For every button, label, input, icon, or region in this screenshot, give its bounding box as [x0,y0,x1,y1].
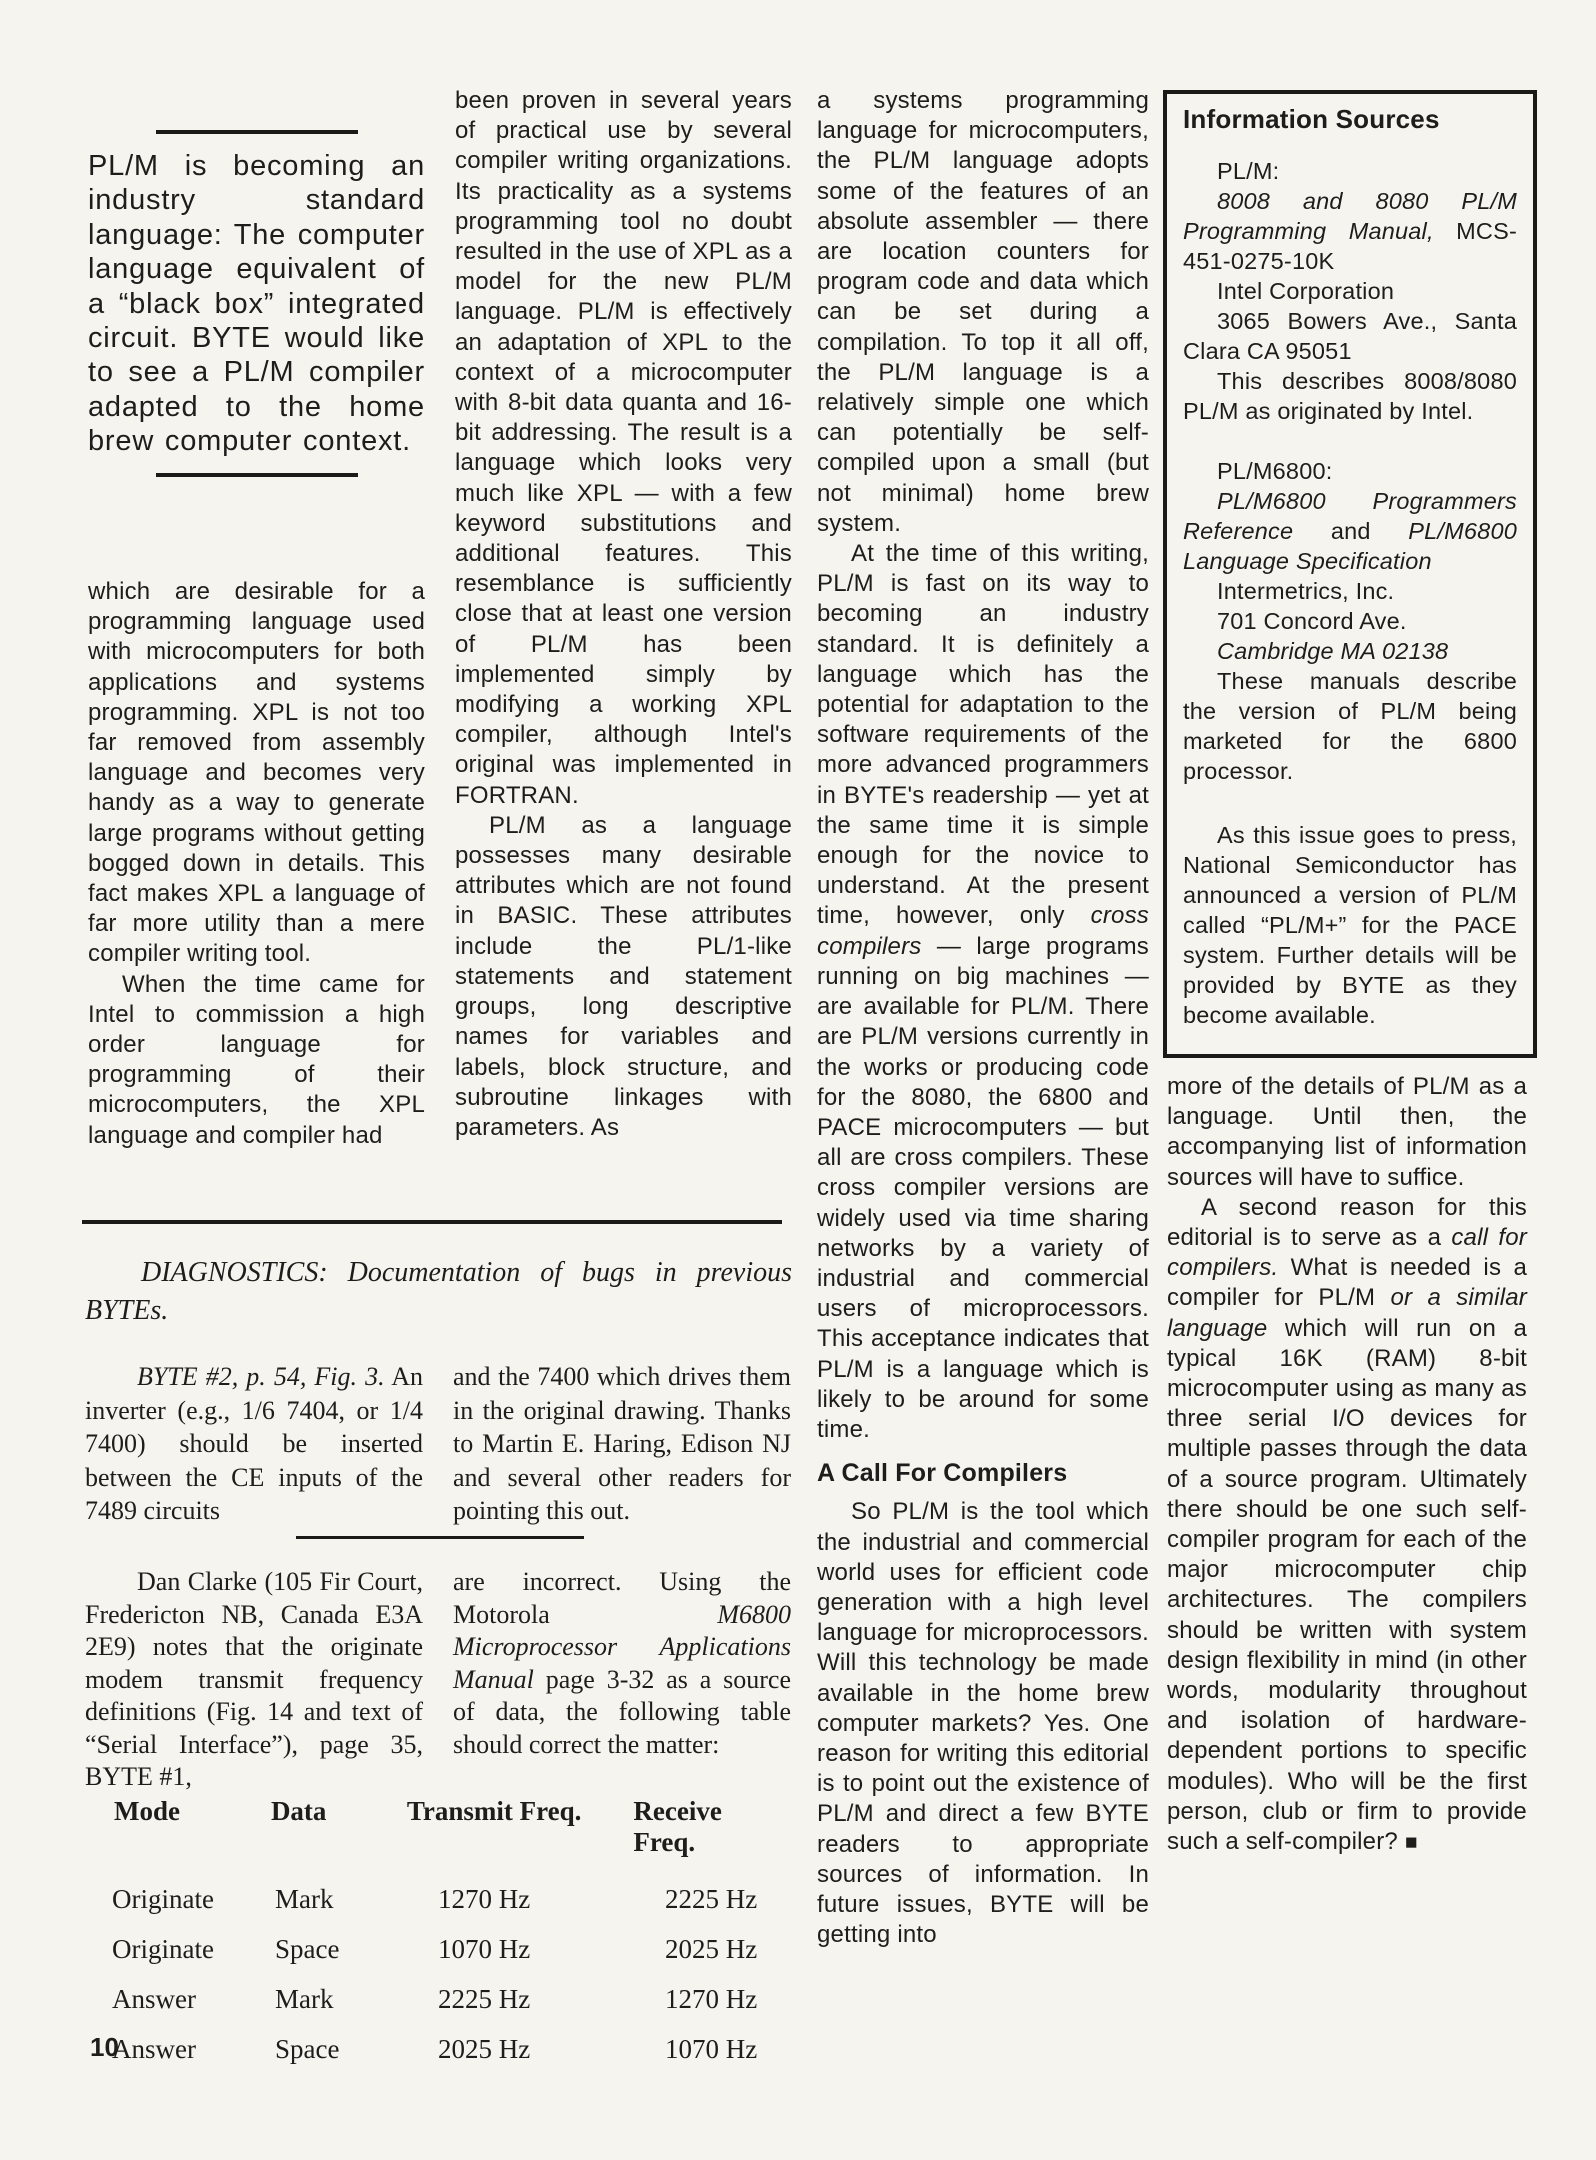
call-for-compilers-heading: A Call For Compilers [817,1458,1149,1488]
body-paragraph: which are desirable for a programming la… [88,577,425,970]
table-cell: Originate [88,1934,251,1965]
table-cell: Space [251,2034,411,2065]
table-row: Originate Space 1070 Hz 2025 Hz [88,1934,788,1965]
body-paragraph: When the time came for Intel to commissi… [88,970,425,1151]
paragraph-text: At the time of this writing, PL/M is fas… [817,540,1149,929]
info-note: This describes 8008/8080 PL/M as origina… [1183,366,1517,426]
subsection-divider-rule [296,1536,584,1539]
address-line: Cambridge MA 02138 [1183,636,1517,666]
info-box-title: Information Sources [1183,104,1517,134]
errata-paragraph: Dan Clarke (105 Fir Court, Fredericton N… [85,1566,423,1794]
table-row: Originate Mark 1270 Hz 2225 Hz [88,1884,788,1915]
body-paragraph: PL/M as a language possesses many desira… [455,811,792,1143]
column-header: Receive Freq. [633,1796,788,1858]
table-cell: 2225 Hz [411,1984,641,2015]
diagnostics-columns: BYTE #2, p. 54, Fig. 3. An inverter (e.g… [85,1360,792,1528]
body-paragraph: A second reason for this editorial is to… [1167,1193,1527,1858]
body-paragraph: So PL/M is the tool which the industrial… [817,1497,1149,1950]
paragraph-text: which will run on a typical 16K (RAM) 8-… [1167,1315,1527,1855]
body-paragraph: been proven in several years of practica… [455,86,792,811]
table-cell: Mark [251,1884,411,1915]
manual-reference: PL/M6800 Programmers Reference and PL/M6… [1183,486,1517,576]
address-line: Intermetrics, Inc. [1183,576,1517,606]
table-cell: 2025 Hz [641,1934,757,1965]
manual-reference: 8008 and 8080 PL/M Programming Manual, M… [1183,186,1517,276]
table-row: Answer Mark 2225 Hz 1270 Hz [88,1984,788,2015]
address-line: 701 Concord Ave. [1183,606,1517,636]
press-note: As this issue goes to press, National Se… [1183,820,1517,1030]
pull-quote-text: PL/M is becoming an industry standard la… [88,149,425,459]
table-cell: Mark [251,1984,411,2015]
errata-paragraph: are incorrect. Using the Motorola M6800 … [453,1566,791,1794]
italic-reference: BYTE #2, p. 54, Fig. 3. [137,1362,385,1391]
errata-columns: Dan Clarke (105 Fir Court, Fredericton N… [85,1566,792,1794]
paragraph-text: — large programs running on big machines… [817,933,1149,1443]
table-cell: 2225 Hz [641,1884,757,1915]
table-cell: 1270 Hz [641,1984,757,2015]
column-header: Data [249,1796,407,1858]
info-note: These manuals describe the version of PL… [1183,666,1517,786]
table-cell: Space [251,1934,411,1965]
address-line: 3065 Bowers Ave., Santa Clara CA 95051 [1183,306,1517,366]
errata-paragraph: and the 7400 which drives them in the or… [453,1360,791,1528]
column-4-body: more of the details of PL/M as a languag… [1167,1072,1527,1858]
errata-section: Dan Clarke (105 Fir Court, Fredericton N… [85,1566,792,1794]
table-header-row: Mode Data Transmit Freq. Receive Freq. [88,1796,788,1858]
end-of-article-mark: ■ [1405,1831,1418,1854]
address-line: Intel Corporation [1183,276,1517,306]
info-box-label: PL/M: [1183,156,1517,186]
table-cell: 1070 Hz [641,2034,757,2065]
column-2-body: been proven in several years of practica… [455,86,792,1143]
body-paragraph: a systems programming language for micro… [817,86,1149,539]
body-paragraph: At the time of this writing, PL/M is fas… [817,539,1149,1445]
column-header: Transmit Freq. [407,1796,634,1858]
table-cell: 2025 Hz [411,2034,641,2065]
errata-paragraph: BYTE #2, p. 54, Fig. 3. An inverter (e.g… [85,1360,423,1528]
column-1-body: which are desirable for a programming la… [88,577,425,1151]
page-number: 10 [90,2032,119,2063]
frequency-table: Mode Data Transmit Freq. Receive Freq. O… [88,1796,788,2065]
pull-quote-block: PL/M is becoming an industry standard la… [88,130,425,477]
section-divider-rule [82,1220,782,1224]
diagnostics-heading: DIAGNOSTICS: Documentation of bugs in pr… [85,1254,792,1330]
pull-quote-bottom-rule [156,473,358,477]
pull-quote-top-rule [156,130,358,134]
body-paragraph: more of the details of PL/M as a languag… [1167,1072,1527,1193]
column-3-body: a systems programming language for micro… [817,86,1149,1950]
information-sources-box: Information Sources PL/M: 8008 and 8080 … [1163,90,1537,1058]
paragraph-text: and [1293,518,1408,544]
magazine-editorial-page: PL/M is becoming an industry standard la… [0,0,1596,2160]
column-header: Mode [88,1796,249,1858]
table-cell: Originate [88,1884,251,1915]
table-row: Answer Space 2025 Hz 1070 Hz [88,2034,788,2065]
table-cell: Answer [88,1984,251,2015]
diagnostics-section: DIAGNOSTICS: Documentation of bugs in pr… [85,1254,792,1528]
info-box-label: PL/M6800: [1183,456,1517,486]
table-cell: 1270 Hz [411,1884,641,1915]
table-cell: 1070 Hz [411,1934,641,1965]
